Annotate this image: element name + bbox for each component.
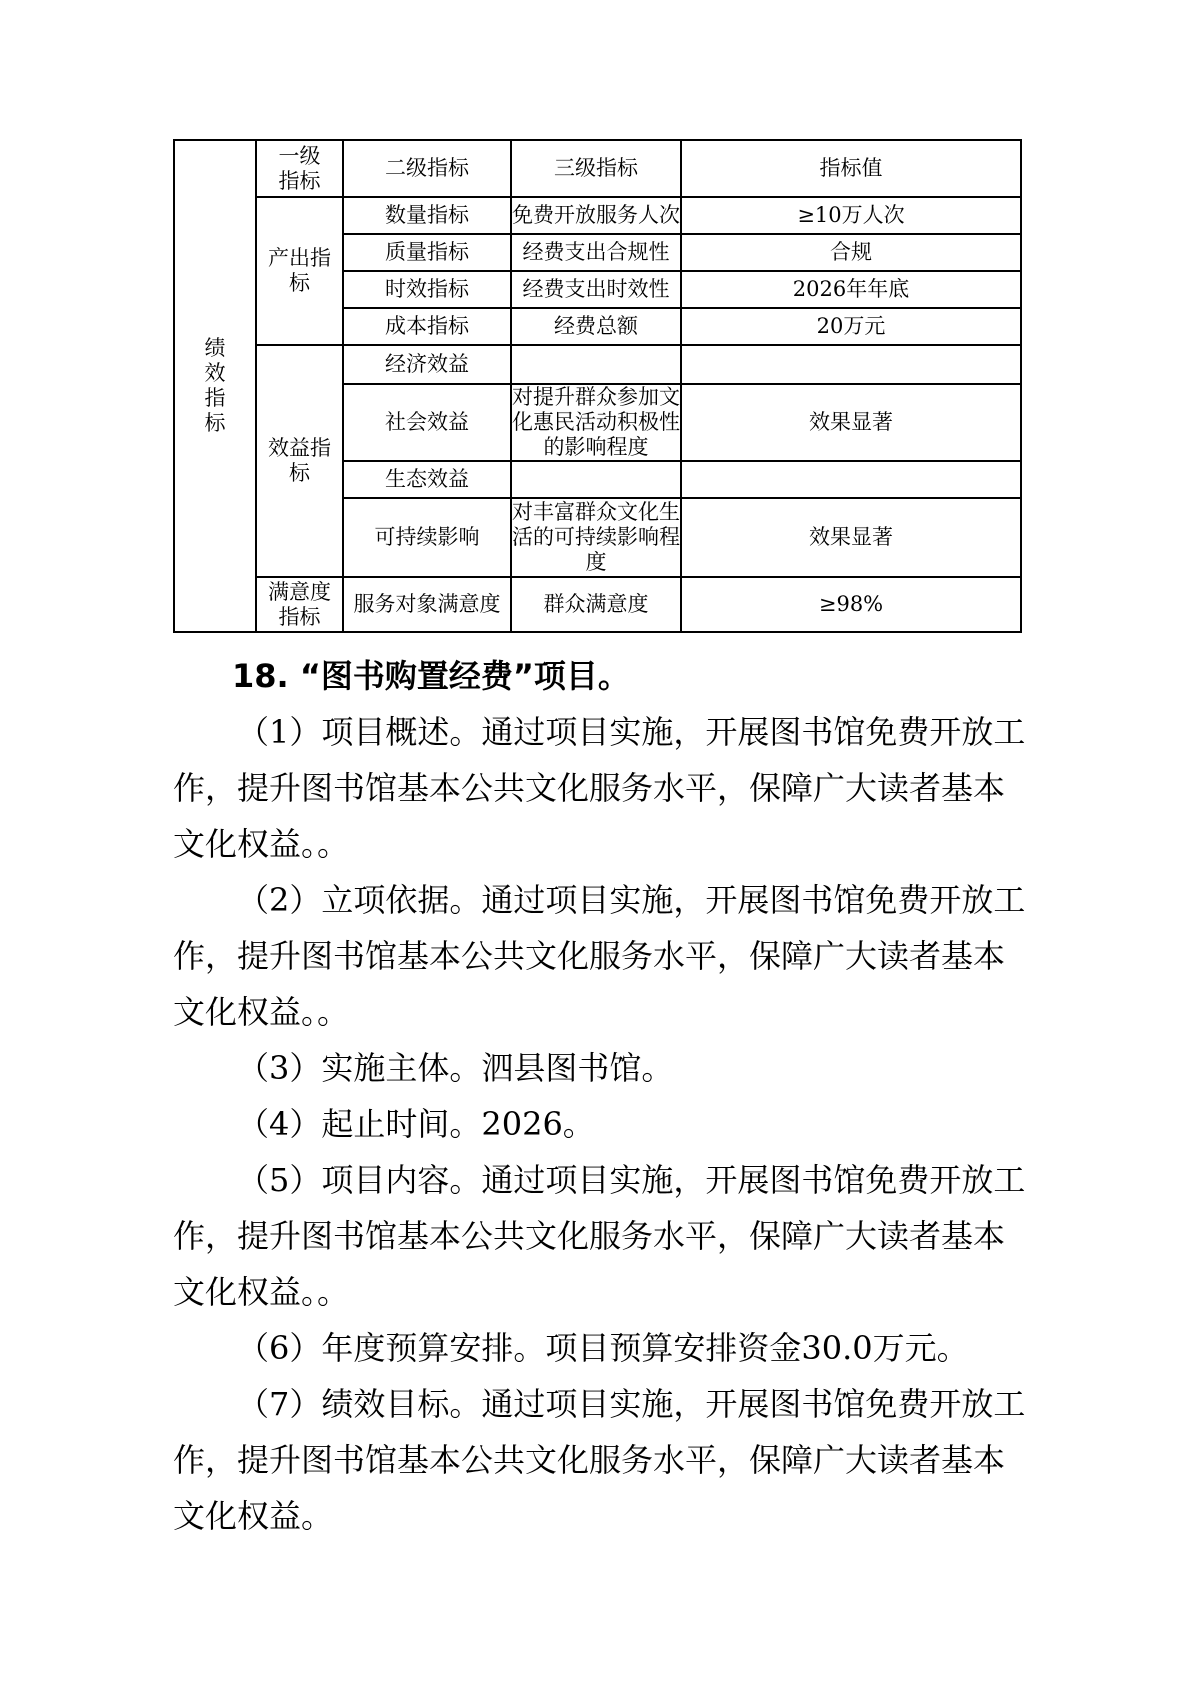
section-benefit-label: 效益指 标 [256,345,343,577]
cell-l2: 社会效益 [343,384,511,461]
paragraph-5: （5）项目内容。通过项目实施，开展图书馆免费开放工 作，提升图书馆基本公共文化服… [173,1152,1053,1320]
cell-l3: 对丰富群众文化生 活的可持续影响程 度 [511,498,681,577]
paragraph-4: （4）起止时间。2026。 [173,1096,1053,1152]
header-level2: 二级指标 [343,140,511,197]
cell-l2: 服务对象满意度 [343,577,511,632]
performance-indicators-table: 绩 效 指 标 一级 指标 二级指标 三级指标 指标值 产出指 标 数量指标 免… [173,139,1022,633]
table-row: 效益指 标 经济效益 [174,345,1021,384]
cell-l2: 时效指标 [343,271,511,308]
section-heading: 18. “图书购置经费”项目。 [173,648,1053,704]
paragraph-2: （2）立项依据。通过项目实施，开展图书馆免费开放工 作，提升图书馆基本公共文化服… [173,872,1053,1040]
paragraph-1: （1）项目概述。通过项目实施，开展图书馆免费开放工 作，提升图书馆基本公共文化服… [173,704,1053,872]
cell-value: ≥98% [681,577,1021,632]
cell-l3-empty [511,461,681,498]
cell-value: 效果显著 [681,498,1021,577]
cell-value: 2026年年底 [681,271,1021,308]
cell-value: 效果显著 [681,384,1021,461]
document-body: 18. “图书购置经费”项目。 （1）项目概述。通过项目实施，开展图书馆免费开放… [173,648,1053,1544]
cell-l3: 经费总额 [511,308,681,345]
table-group-label: 绩 效 指 标 [174,140,256,632]
section-output-label: 产出指 标 [256,197,343,345]
cell-value: 20万元 [681,308,1021,345]
cell-value-empty [681,345,1021,384]
cell-l3: 经费支出时效性 [511,271,681,308]
cell-value: ≥10万人次 [681,197,1021,234]
table-header-row: 绩 效 指 标 一级 指标 二级指标 三级指标 指标值 [174,140,1021,197]
header-level1: 一级 指标 [256,140,343,197]
paragraph-6: （6）年度预算安排。项目预算安排资金30.0万元。 [173,1320,1053,1376]
cell-l2: 成本指标 [343,308,511,345]
section-satisfaction-label: 满意度 指标 [256,577,343,632]
cell-value-empty [681,461,1021,498]
cell-l2: 可持续影响 [343,498,511,577]
table-row: 满意度 指标 服务对象满意度 群众满意度 ≥98% [174,577,1021,632]
cell-l2: 质量指标 [343,234,511,271]
cell-l2: 经济效益 [343,345,511,384]
cell-l3: 群众满意度 [511,577,681,632]
cell-l2: 数量指标 [343,197,511,234]
paragraph-3: （3）实施主体。泗县图书馆。 [173,1040,1053,1096]
cell-l3: 对提升群众参加文 化惠民活动积极性 的影响程度 [511,384,681,461]
cell-l3: 免费开放服务人次 [511,197,681,234]
cell-value: 合规 [681,234,1021,271]
header-value: 指标值 [681,140,1021,197]
paragraph-7: （7）绩效目标。通过项目实施，开展图书馆免费开放工 作，提升图书馆基本公共文化服… [173,1376,1053,1544]
cell-l3-empty [511,345,681,384]
table-row: 产出指 标 数量指标 免费开放服务人次 ≥10万人次 [174,197,1021,234]
header-level3: 三级指标 [511,140,681,197]
cell-l3: 经费支出合规性 [511,234,681,271]
document-page: 绩 效 指 标 一级 指标 二级指标 三级指标 指标值 产出指 标 数量指标 免… [0,0,1190,1684]
cell-l2: 生态效益 [343,461,511,498]
